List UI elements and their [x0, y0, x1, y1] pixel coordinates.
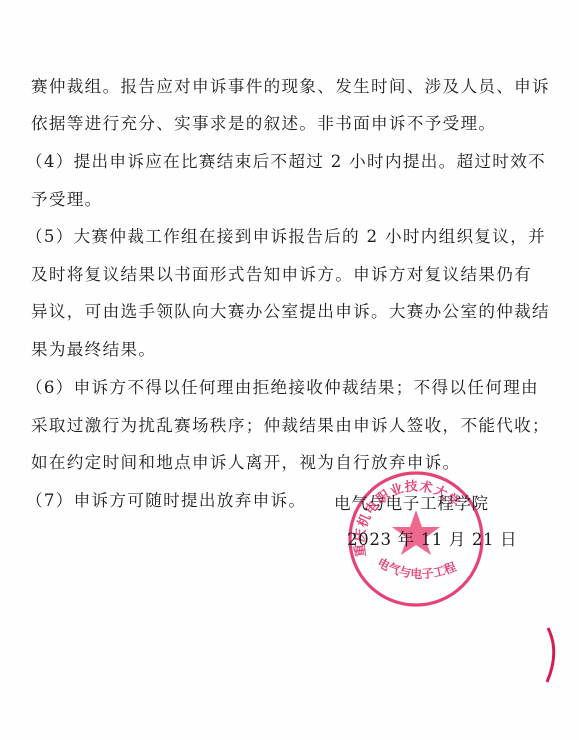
clause-5: （5）大赛仲裁工作组在接到申诉报告后的 2 小时内组织复议，并 [26, 227, 546, 247]
text-line: 果为最终结果。 [31, 340, 156, 360]
text-line: 依据等进行充分、实事求是的叙述。非书面申诉不予受理。 [31, 114, 496, 134]
signature-organization: 电气与电子工程学院 [334, 494, 489, 514]
text-line: 予受理。 [31, 190, 103, 210]
signature-date: 2023 年 11 月 21 日 [347, 530, 517, 550]
seal-edge-fragment [540, 626, 564, 686]
text-line: 异议，可由选手领队向大赛办公室提出申诉。大赛办公室的仲裁结 [31, 302, 550, 322]
clause-4: （4）提出申诉应在比赛结束后不超过 2 小时内提出。超过时效不 [26, 152, 546, 172]
document-page: 赛仲裁组。报告应对申诉事件的现象、发生时间、涉及人员、申诉 依据等进行充分、实事… [0, 0, 579, 740]
text-line: 采取过激行为扰乱赛场秩序；仲裁结果由申诉人签收，不能代收； [31, 416, 550, 436]
clause-6: （6）申诉方不得以任何理由拒绝接收仲裁结果；不得以任何理由 [26, 378, 539, 398]
clause-7: （7）申诉方可随时提出放弃申诉。 [26, 491, 306, 511]
text-line: 及时将复议结果以书面形式告知申诉方。申诉方对复议结果仍有 [31, 265, 532, 285]
text-line: 赛仲裁组。报告应对申诉事件的现象、发生时间、涉及人员、申诉 [31, 77, 550, 97]
